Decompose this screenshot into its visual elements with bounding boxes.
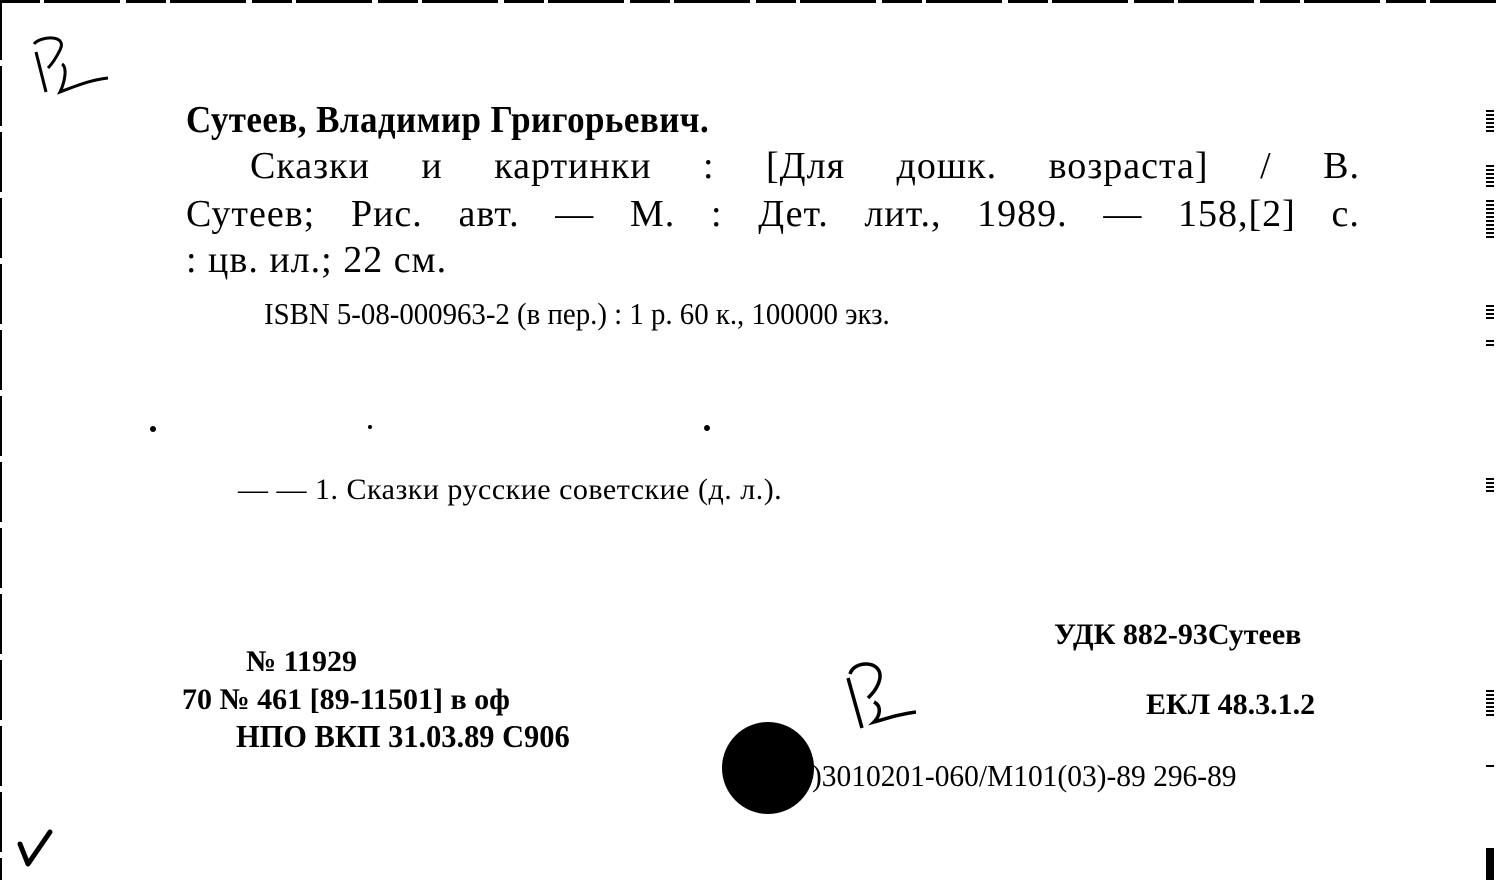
card-left-edge: [0, 0, 2, 880]
word: /: [1260, 144, 1272, 188]
word: :: [703, 144, 715, 188]
speck: [150, 426, 156, 432]
title-line-1: Сказкиикартинки:[Длядошк.возраста]/В.: [250, 144, 1360, 188]
word: —: [1103, 192, 1142, 236]
word: В.: [1323, 144, 1360, 188]
word: лит.,: [864, 192, 941, 236]
word: 158,[2]: [1178, 192, 1296, 236]
speck: [704, 425, 710, 431]
word: 1989.: [977, 192, 1068, 236]
author-heading: Сутеев, Владимир Григорьевич.: [186, 98, 709, 142]
word: :: [711, 192, 723, 236]
catalog-code: )3010201-060/М101(03)-89 296-89: [812, 758, 1237, 794]
word: [Для: [766, 144, 845, 188]
check-icon: [16, 828, 56, 872]
handwritten-mark-icon: [838, 652, 928, 732]
catalog-card: Сутеев, Владимир Григорьевич. Сказкиикар…: [0, 0, 1496, 880]
title-line-2: Сутеев;Рис.авт.—М.:Дет.лит.,1989.—158,[2…: [186, 192, 1360, 236]
word: Дет.: [758, 192, 829, 236]
word: возраста]: [1049, 144, 1209, 188]
handwritten-mark-icon: [28, 28, 118, 98]
word: Сутеев;: [186, 192, 315, 236]
word: Рис.: [351, 192, 423, 236]
isbn-line: ISBN 5-08-000963-2 (в пер.) : 1 р. 60 к.…: [264, 296, 890, 332]
subject-heading: — — 1. Сказки русские советские (д. л.).: [238, 473, 782, 507]
card-top-edge: [0, 0, 1496, 3]
word: дошк.: [897, 144, 998, 188]
order-number: № 11929: [246, 645, 357, 679]
title-line-3: : цв. ил.; 22 см.: [186, 238, 447, 282]
word: Сказки: [250, 144, 370, 188]
word: авт.: [458, 192, 519, 236]
publisher-line: НПО ВКП 31.03.89 С906: [236, 718, 570, 755]
punch-hole-icon: [722, 722, 814, 814]
word: М.: [630, 192, 675, 236]
word: картинки: [494, 144, 651, 188]
speck: [368, 425, 372, 429]
word: —: [555, 192, 594, 236]
udk-classification: УДК 882-93Сутеев: [1054, 618, 1301, 652]
word: и: [421, 144, 442, 188]
print-line: 70 № 461 [89-11501] в оф: [182, 683, 510, 717]
card-right-edge: [1484, 0, 1496, 880]
word: с.: [1332, 192, 1360, 236]
ekl-classification: ЕКЛ 48.3.1.2: [1146, 688, 1315, 722]
